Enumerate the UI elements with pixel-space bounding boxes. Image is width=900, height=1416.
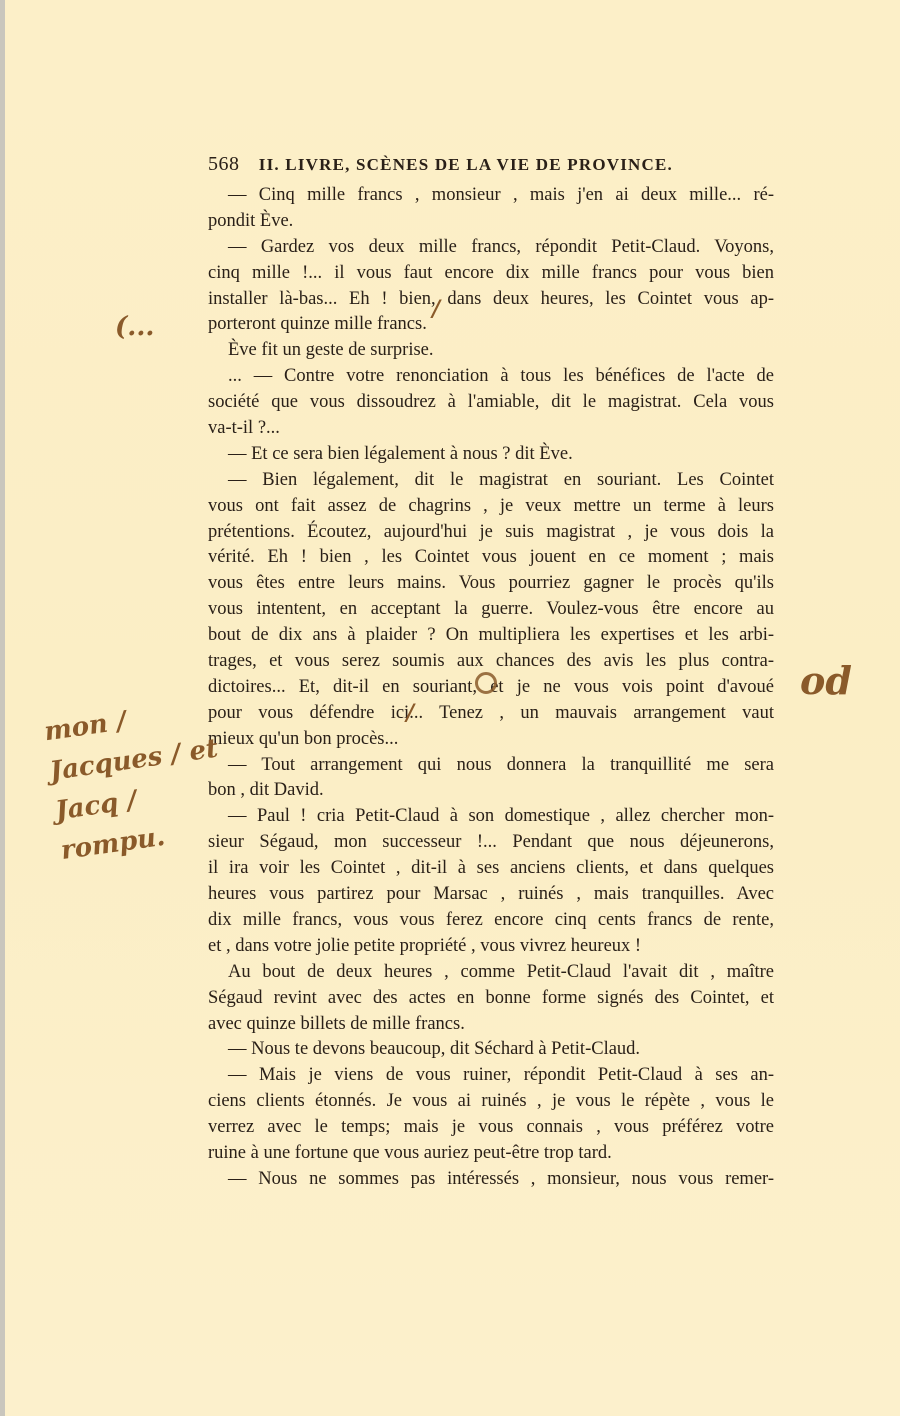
text-line: — Mais je viens de vous ruiner, répondit… [208, 1063, 774, 1089]
running-title: II. LIVRE, SCÈNES DE LA VIE DE PROVINCE. [259, 155, 673, 174]
text-line: Au bout de deux heures , comme Petit-Cla… [208, 960, 774, 986]
text-line: Ségaud revint avec des actes en bonne fo… [208, 986, 774, 1012]
circled-word-mark [475, 672, 497, 694]
text-line: heures vous partirez pour Marsac , ruiné… [208, 882, 774, 908]
text-line: trages, et vous serez soumis aux chances… [208, 649, 774, 675]
text-line: — Bien légalement, dit le magistrat en s… [208, 468, 774, 494]
text-line: pour vous défendre ici... Tenez , un mau… [208, 701, 774, 727]
text-line: — Cinq mille francs , monsieur , mais j'… [208, 183, 774, 209]
text-line: pondit Ève. [208, 209, 774, 235]
text-line: — Gardez vos deux mille francs, répondit… [208, 235, 774, 261]
text-line: — Nous ne sommes pas intéressés , monsie… [208, 1167, 774, 1193]
text-line: vérité. Eh ! bien , les Cointet vous jou… [208, 545, 774, 571]
margin-annotation-right: od [800, 658, 852, 703]
insert-mark-2: / [432, 296, 440, 322]
text-line: il ira voir les Cointet , dit-il à ses a… [208, 856, 774, 882]
text-line: vous intentent, en acceptant la guerre. … [208, 597, 774, 623]
text-line: porteront quinze mille francs. [208, 312, 774, 338]
insert-mark: / [406, 700, 414, 726]
text-line: avec quinze billets de mille francs. [208, 1012, 774, 1038]
text-line: vous ont fait assez de chagrins , je veu… [208, 494, 774, 520]
text-line: — Nous te devons beaucoup, dit Séchard à… [208, 1037, 774, 1063]
text-line: mieux qu'un bon procès... [208, 727, 774, 753]
text-line: prétentions. Écoutez, aujourd'hui je sui… [208, 520, 774, 546]
text-line: va-t-il ?... [208, 416, 774, 442]
text-line: vous êtes entre leurs mains. Vous pourri… [208, 571, 774, 597]
text-line: verrez avec le temps; mais je vous conna… [208, 1115, 774, 1141]
text-line: et , dans votre jolie petite propriété ,… [208, 934, 774, 960]
text-line: cinq mille !... il vous faut encore dix … [208, 261, 774, 287]
margin-annotation-paren: (... [115, 312, 154, 342]
text-line: société que vous dissoudrez à l'amiable,… [208, 390, 774, 416]
text-line: bon , dit David. [208, 778, 774, 804]
text-line: dix mille francs, vous vous ferez encore… [208, 908, 774, 934]
text-line: Ève fit un geste de surprise. [208, 338, 774, 364]
text-line: bout de dix ans à plaider ? On multiplie… [208, 623, 774, 649]
text-line: installer là-bas... Eh ! bien, dans deux… [208, 287, 774, 313]
text-line: ciens clients étonnés. Je vous ai ruinés… [208, 1089, 774, 1115]
running-header: 568 II. LIVRE, SCÈNES DE LA VIE DE PROVI… [208, 153, 778, 179]
margin-annotation-left: mon / Jacques / et Jacq / rompu. [42, 689, 233, 871]
text-line: — Tout arrangement qui nous donnera la t… [208, 753, 774, 779]
text-line: — Et ce sera bien légalement à nous ? di… [208, 442, 774, 468]
text-line: ... — Contre votre renonciation à tous l… [208, 364, 774, 390]
text-line: — Paul ! cria Petit-Claud à son domestiq… [208, 804, 774, 830]
text-line: ruine à une fortune que vous auriez peut… [208, 1141, 774, 1167]
text-line: sieur Ségaud, mon successeur !... Pendan… [208, 830, 774, 856]
page-number: 568 [208, 153, 240, 175]
